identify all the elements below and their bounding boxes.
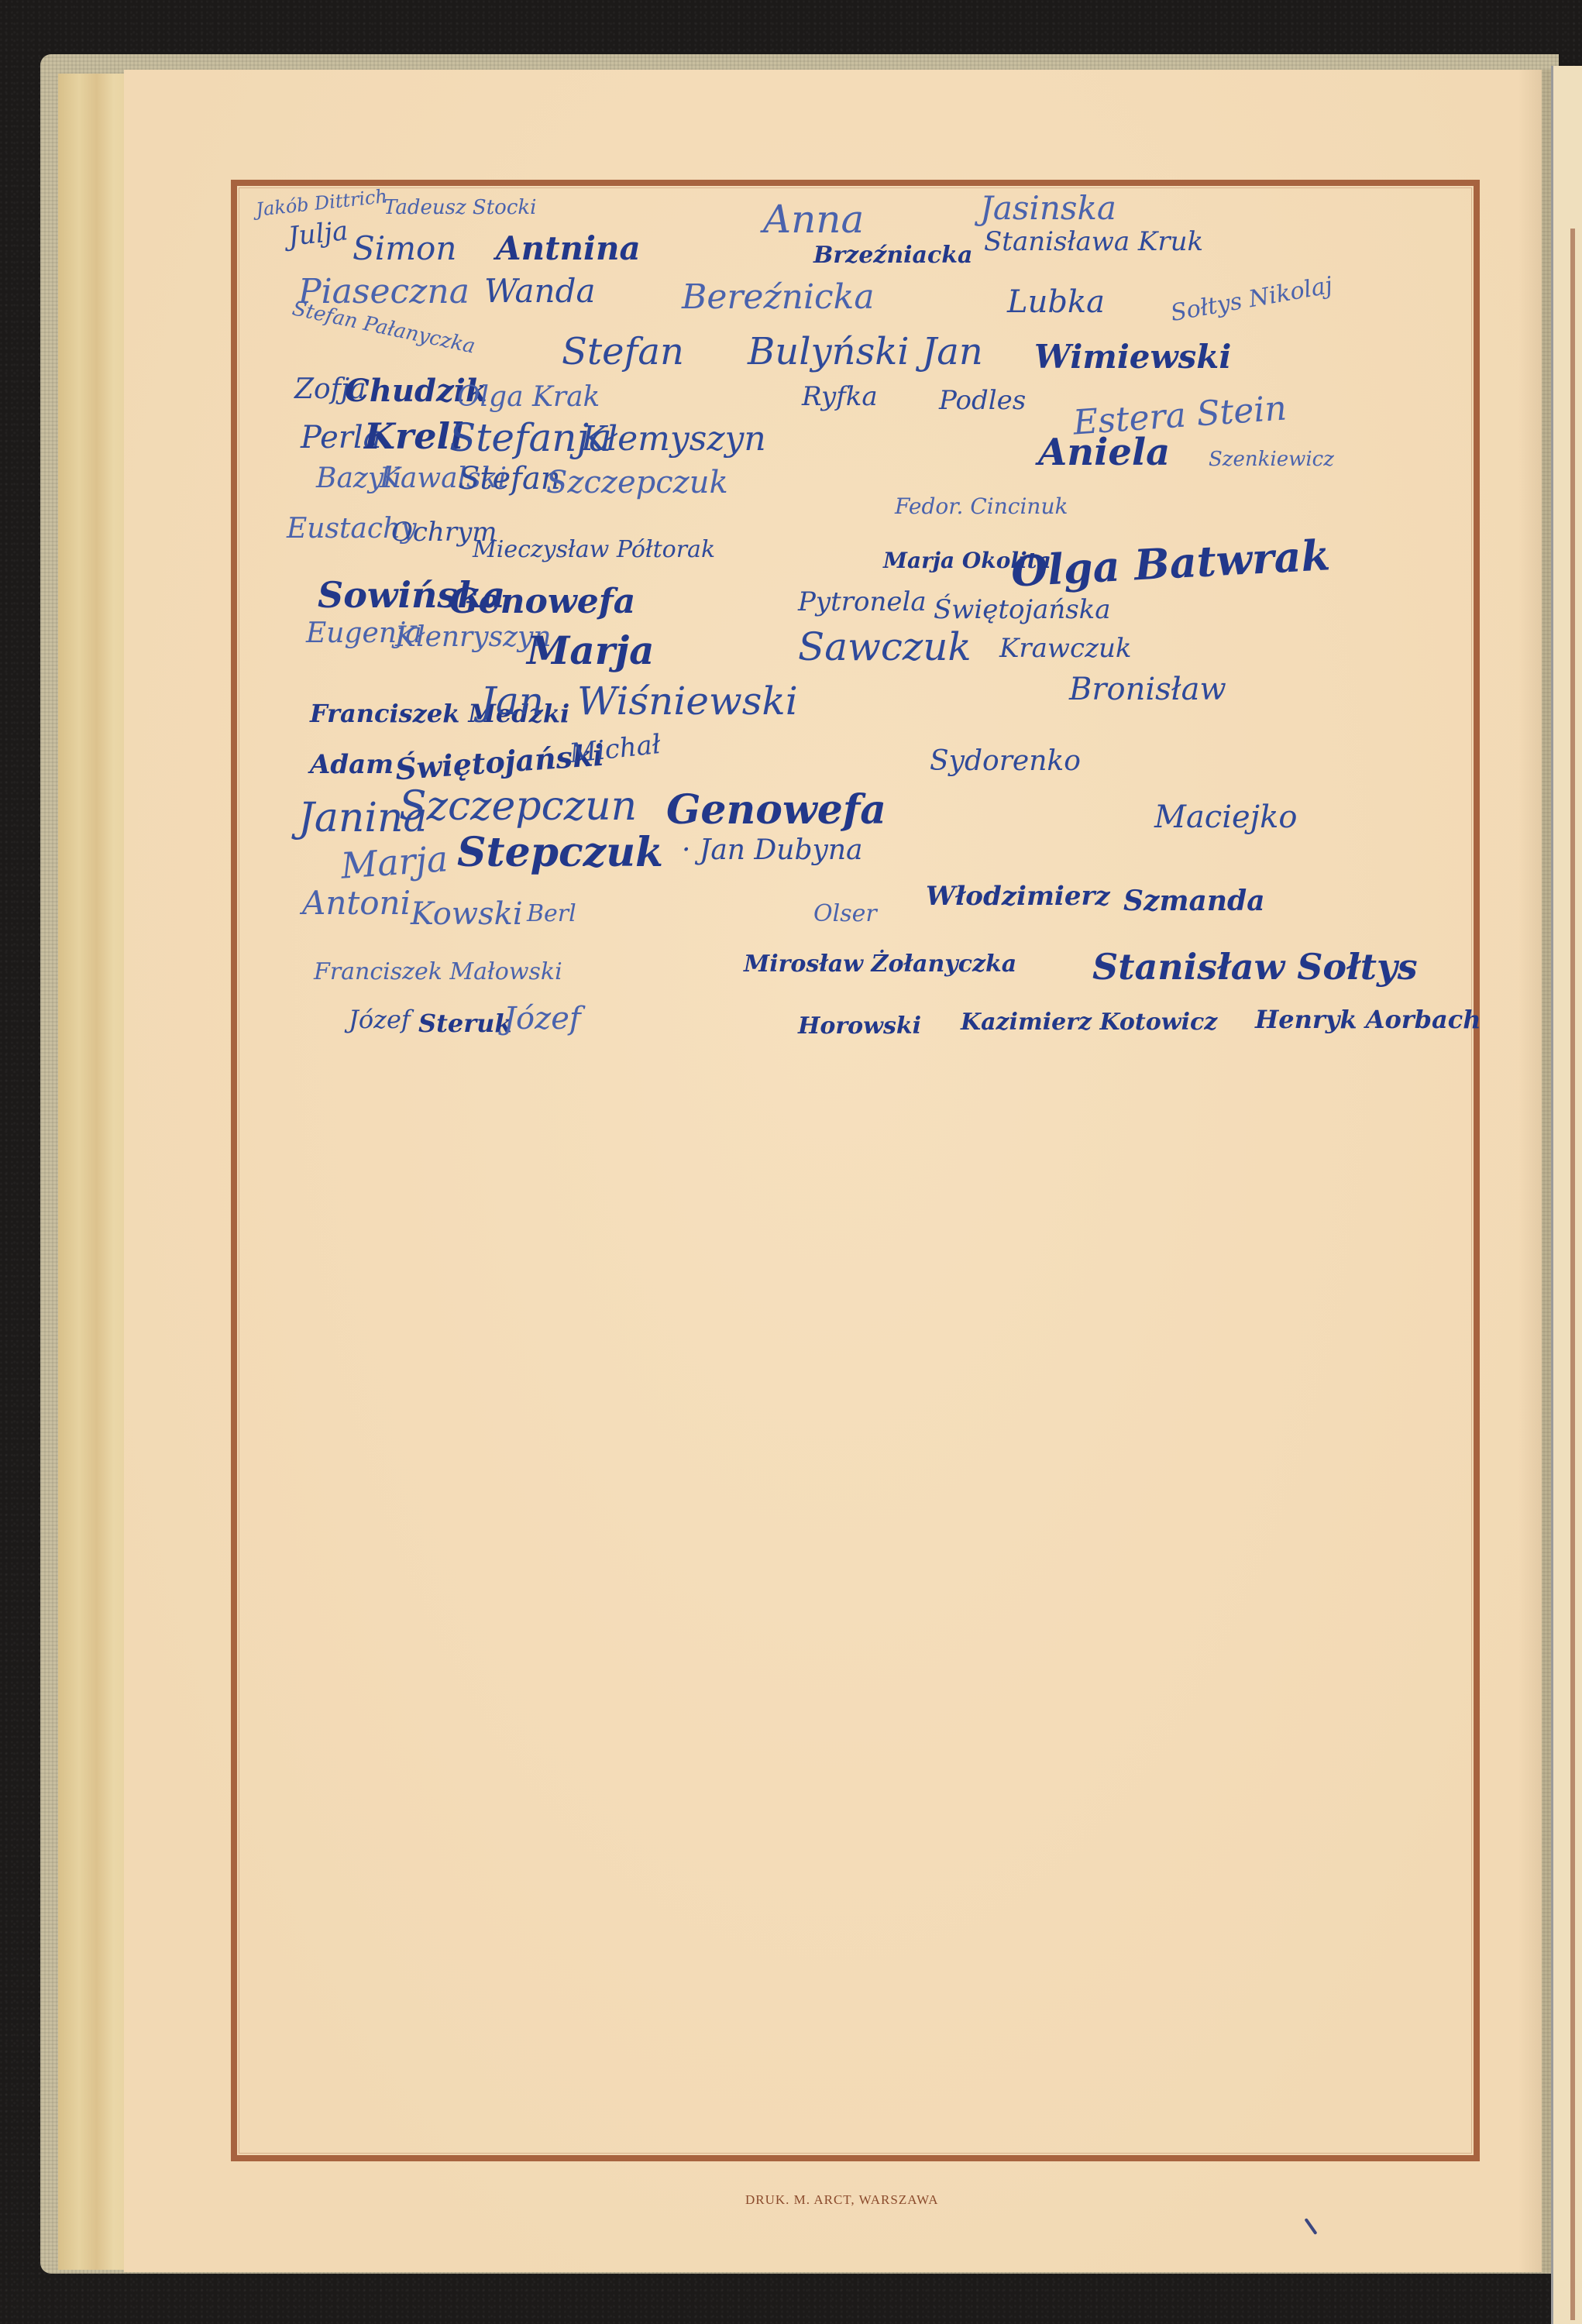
handwritten-signature: Szmanda [1123,887,1265,915]
handwritten-signature: Tadeusz Stocki [383,198,536,218]
handwritten-signature: Bronisław [1069,674,1226,705]
handwritten-signature: Brzeźniacka [813,244,972,267]
handwritten-signature: Szenkiewicz [1209,449,1334,469]
handwritten-signature: Stanisława Kruk [984,229,1203,255]
printer-imprint: DRUK. M. ARCT, WARSZAWA [745,2192,939,2208]
handwritten-signature: Genowefa [449,585,635,619]
handwritten-signature: Wanda [484,275,596,308]
handwritten-signature: Józef [349,1007,411,1032]
handwritten-signature: Olser [813,902,877,926]
handwritten-signature: · Jan Dubyna [682,837,863,865]
page-edges [58,74,128,2270]
handwritten-signature: Mirosław Żołanyczka [744,953,1016,976]
handwritten-signature: Podles [939,387,1026,414]
handwritten-signature: Olga Krak [457,383,600,411]
handwritten-signature: Genowefa [666,790,886,830]
handwritten-signature: Szczepczuk [546,467,728,498]
handwritten-signature: Włodzimierz [926,883,1110,909]
handwritten-signature: Franciszek Małowski [314,961,562,984]
handwritten-signature: Sydorenko [930,748,1081,775]
handwritten-signature: Józef [504,1003,581,1034]
handwritten-signature: Mieczysław Półtorak [473,538,715,562]
handwritten-signature: Simon [353,232,456,265]
handwritten-signature: Jasinska [980,192,1116,225]
handwritten-signature: Marja [527,631,655,670]
handwritten-signature: Krawczuk [999,635,1131,662]
handwritten-signature: Stefan [459,463,561,494]
handwritten-signature: Adam [310,751,394,778]
handwritten-signature: Horowski [798,1015,921,1038]
handwritten-signature: Kłemyszyn [581,422,766,456]
handwritten-signature: Pytronela [798,589,927,615]
handwritten-signature: Bereźnicka [682,280,875,315]
handwritten-signature: Jan [480,682,544,720]
adjacent-page [1551,66,1582,2324]
handwritten-signature: Fedor. Cincinuk [895,496,1068,517]
handwritten-signature: Ryfka [802,383,878,410]
handwritten-signature: Stefan [562,333,684,370]
handwritten-signature: Steruk [418,1011,512,1036]
handwritten-signature: Marja [340,841,449,884]
handwritten-signature: Jan [922,333,983,370]
handwritten-signature: Antoni [302,887,411,920]
handwritten-signature: Anna [763,200,864,239]
gutter-shadow [1518,70,1551,2272]
adjacent-page-frame-rule [1570,229,1575,2320]
handwritten-signature: Sawczuk [798,627,972,666]
handwritten-signature: Kazimierz Kotowicz [961,1011,1217,1034]
handwritten-signature: Lubka [1007,287,1105,318]
handwritten-signature: Bulyński [748,333,910,370]
handwritten-signature: Antnina [496,232,641,265]
handwritten-signature: Kowski [411,899,523,930]
handwritten-signature: Aniela [1038,434,1170,471]
handwritten-signature: Henryk Aorbach [1255,1007,1481,1032]
handwritten-signature: Szczepczun [399,786,637,827]
handwritten-signature: Stepczuk [457,833,663,873]
handwritten-signature: Maciejko [1154,802,1297,833]
handwritten-signature: Berl [527,902,576,926]
handwritten-signature: Wimiewski [1034,341,1231,373]
handwritten-signature: Julja [287,218,349,250]
handwritten-signature: Stanisław Sołtys [1092,949,1418,985]
handwritten-signature: Świętojańska [934,596,1111,623]
handwritten-signature: Wiśniewski [577,682,798,720]
